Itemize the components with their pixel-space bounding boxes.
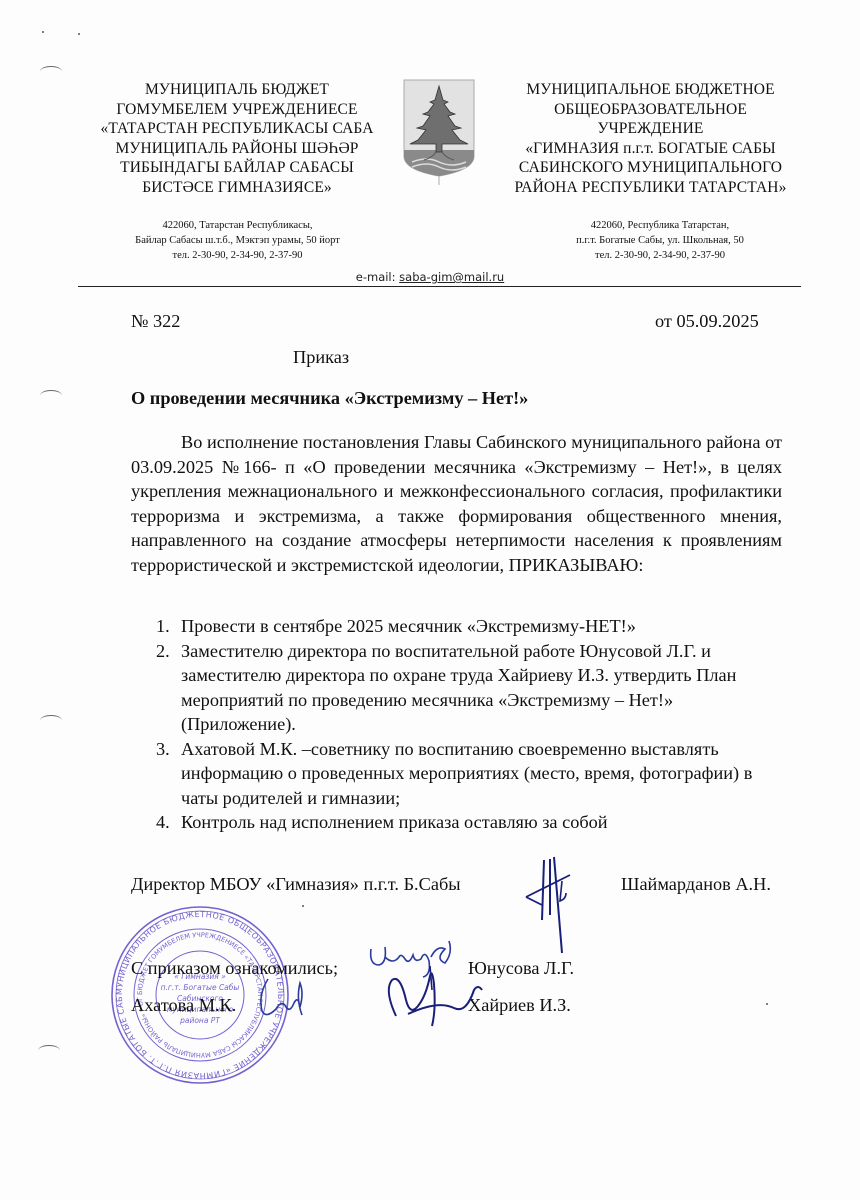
email-label: e-mail:: [356, 270, 399, 284]
header-line: РАЙОНА РЕСПУБЛИКИ ТАТАРСТАН»: [488, 178, 813, 198]
svg-text:п.г.т. Богатые Сабы: п.г.т. Богатые Сабы: [161, 983, 240, 992]
header-line: МУНИЦИПАЛЬ РАЙОНЫ ШӘҺӘР: [92, 139, 382, 159]
punch-hole-mark: [40, 715, 62, 726]
director-name: Шаймарданов А.Н.: [621, 872, 771, 897]
header-line: ГОМУМБЕЛЕМ УЧРЕЖДЕНИЕСЕ: [92, 100, 382, 120]
header-line: МУНИЦИПАЛЬ БЮДЖЕТ: [92, 80, 382, 100]
scan-speck: [766, 1003, 768, 1005]
header-line: «ТАТАРСТАН РЕСПУБЛИКАСЫ САБА: [92, 119, 382, 139]
address-line: Байлар Сабасы ш.т.б., Мэктэп урамы, 50 й…: [100, 233, 375, 248]
header-line: БИСТӘСЕ ГИМНАЗИЯСЕ»: [92, 178, 382, 198]
director-title: Директор МБОУ «Гимназия» п.г.т. Б.Сабы: [131, 872, 461, 897]
address-line: п.г.т. Богатые Сабы, ул. Школьная, 50: [525, 233, 795, 248]
address-line: 422060, Татарстан Республикасы,: [100, 218, 375, 233]
acknowledged-name: Хайриев И.З.: [468, 993, 571, 1018]
address-line: 422060, Республика Татарстан,: [525, 218, 795, 233]
email-link[interactable]: saba-gim@mail.ru: [399, 270, 504, 284]
item-number: 2.: [156, 639, 170, 664]
scan-speck: [302, 905, 304, 907]
header-line: УЧРЕЖДЕНИЕ: [488, 119, 813, 139]
header-divider: [78, 286, 801, 287]
header-line: ОБЩЕОБРАЗОВАТЕЛЬНОЕ: [488, 100, 813, 120]
letterhead-left-address: 422060, Татарстан Республикасы, Байлар С…: [100, 218, 375, 263]
order-item: 4.Контроль над исполнением приказа остав…: [131, 810, 791, 835]
header-line: ТИБЫНДАГЫ БАЙЛАР САБАСЫ: [92, 158, 382, 178]
item-text: Провести в сентябре 2025 месячник «Экстр…: [181, 616, 636, 636]
order-item: 2.Заместителю директора по воспитательно…: [131, 639, 791, 737]
address-line: тел. 2-30-90, 2-34-90, 2-37-90: [100, 248, 375, 263]
item-number: 1.: [156, 614, 170, 639]
email-line: e-mail: saba-gim@mail.ru: [0, 270, 860, 284]
document-type: Приказ: [293, 345, 349, 370]
letterhead-right-title: МУНИЦИПАЛЬНОЕ БЮДЖЕТНОЕ ОБЩЕОБРАЗОВАТЕЛЬ…: [488, 80, 813, 197]
address-line: тел. 2-30-90, 2-34-90, 2-37-90: [525, 248, 795, 263]
acknowledgement-label: С приказом ознакомились;: [131, 956, 338, 981]
scan-speck: [42, 31, 44, 33]
punch-hole-mark: [40, 66, 62, 77]
header-line: «ГИМНАЗИЯ п.г.т. БОГАТЫЕ САБЫ: [488, 139, 813, 159]
letterhead-right-address: 422060, Республика Татарстан, п.г.т. Бог…: [525, 218, 795, 263]
preamble-paragraph: Во исполнение постановления Главы Сабинс…: [131, 430, 782, 577]
order-item: 3.Ахатовой М.К. –советнику по воспитанию…: [131, 737, 791, 811]
order-number: № 322: [131, 309, 180, 334]
acknowledged-name: Юнусова Л.Г.: [468, 956, 574, 981]
acknowledged-name: Ахатова М.К.: [131, 993, 236, 1018]
coat-of-arms-fir-tree-icon: [402, 78, 476, 186]
order-subject: О проведении месячника «Экстремизму – Не…: [131, 386, 528, 411]
item-number: 3.: [156, 737, 170, 762]
item-text: Контроль над исполнением приказа оставля…: [181, 812, 608, 832]
scan-speck: [78, 33, 80, 35]
yunusova-signature-icon: [365, 935, 465, 980]
order-item: 1.Провести в сентябре 2025 месячник «Экс…: [131, 614, 791, 639]
header-line: МУНИЦИПАЛЬНОЕ БЮДЖЕТНОЕ: [488, 80, 813, 100]
order-date: от 05.09.2025: [655, 309, 759, 334]
punch-hole-mark: [40, 390, 62, 401]
item-text: Заместителю директора по воспитательной …: [181, 641, 736, 735]
order-items: 1.Провести в сентябре 2025 месячник «Экс…: [131, 614, 791, 835]
director-signature-icon: [520, 855, 590, 955]
header-line: САБИНСКОГО МУНИЦИПАЛЬНОГО: [488, 158, 813, 178]
item-text: Ахатовой М.К. –советнику по воспитанию с…: [181, 739, 752, 808]
letterhead-left-title: МУНИЦИПАЛЬ БЮДЖЕТ ГОМУМБЕЛЕМ УЧРЕЖДЕНИЕС…: [92, 80, 382, 197]
punch-hole-mark: [38, 1045, 60, 1056]
item-number: 4.: [156, 810, 170, 835]
